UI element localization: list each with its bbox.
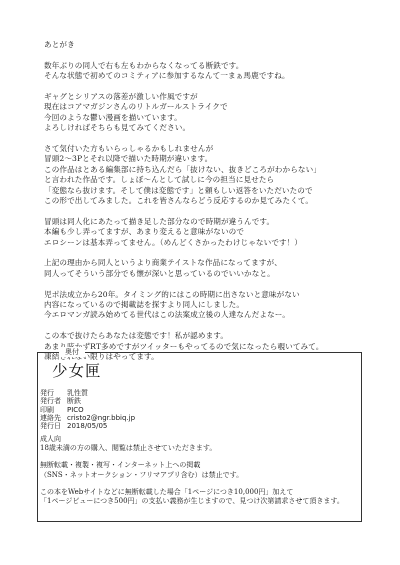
text-line: 無断転載・複製・複写・インターネット上への掲載	[40, 461, 358, 470]
text-line: 本編も少し弄ってますが、あまり変えると意味がないので	[44, 227, 364, 237]
info-key: 印刷	[40, 406, 67, 414]
text-line: と言われた作品です。しょぼ～んとして試しに今の担当に見せたら	[44, 175, 364, 185]
notice-penalty: この本をWebサイトなどに無断転載した場合「1ページにつき10,000円」加えて…	[40, 488, 358, 506]
colophon-box: 奥付 少女匣 発行 乳性質 発行者 断鉄 印刷 PICO 連絡先 cristo2…	[37, 352, 362, 522]
legal-notices: 成人向 18歳未満の方の購入、閲覧は禁止させていただきます。 無断転載・複製・複…	[40, 435, 358, 514]
text-line: 内容になっているので掲載誌を探すより同人にしました。	[44, 300, 364, 310]
text-line: あまり呟かずRT多めですがツイッターもやってるので気になったら覗いてみて。	[44, 342, 364, 352]
info-row-date: 発行日 2018/05/05	[40, 422, 135, 430]
text-line: 「変態なら抜けます。そして僕は変態です」と頼もしい返答をいただいたので	[44, 186, 364, 196]
text-line: この本をWebサイトなどに無断転載した場合「1ページにつき10,000円」加えて	[40, 488, 358, 497]
afterword-paragraph: 数年ぶりの同人で右も左もわからなくなってる断鉄です。 そんな状態で初めてのコミテ…	[44, 61, 364, 82]
afterword-paragraph: 上記の理由から同人というより商業テイストな作品になってますが、 同人ってそういう…	[44, 258, 364, 279]
text-line: 今回のような鬱い漫画を描いています。	[44, 113, 364, 123]
publish-date: 2018/05/05	[67, 422, 107, 430]
contact-email: cristo2@ngr.bbiq.jp	[67, 414, 135, 422]
info-value: PICO	[67, 406, 84, 414]
info-row-printer: 印刷 PICO	[40, 406, 135, 414]
info-key: 発行日	[40, 422, 67, 430]
afterword-paragraph: ギャグとシリアスの落差が激しい作風ですが 現在はコアマガジンさんのリトルガールス…	[44, 92, 364, 134]
text-line: 上記の理由から同人というより商業テイストな作品になってますが、	[44, 258, 364, 268]
text-line: よろしければそちらも見てみてください。	[44, 123, 364, 133]
info-row-author: 発行者 断鉄	[40, 397, 135, 405]
text-line: 「1ページビューにつき500円」の支払い義務が生じますので、見つけ次第請求させて…	[40, 497, 358, 506]
text-line: この形で出してみました。これを皆さんならどう反応するのか見てみたくて。	[44, 196, 364, 206]
text-line: さて気付いた方もいらっしゃるかもしれませんが	[44, 144, 364, 154]
info-value: 断鉄	[67, 397, 81, 405]
publication-info: 発行 乳性質 発行者 断鉄 印刷 PICO 連絡先 cristo2@ngr.bb…	[40, 389, 135, 430]
text-line: 同人ってそういう部分でも懐が深いと思っているのでいいかなと。	[44, 269, 364, 279]
afterword-paragraph: さて気付いた方もいらっしゃるかもしれませんが 冒頭2～3Pとそれ以降で描いた時期…	[44, 144, 364, 206]
text-line: ギャグとシリアスの落差が激しい作風ですが	[44, 92, 364, 102]
text-line: 今エロマンガ読み始めてる世代はこの法案成立後の人達なんだよなー。	[44, 310, 364, 320]
afterword-paragraph: 冒頭は同人化にあたって描き足した部分なので時期が違うんです。 本編も少し弄ってま…	[44, 217, 364, 248]
text-line: この本で抜けたらあなたは変態です！私が認めます。	[44, 331, 364, 341]
info-key: 発行者	[40, 397, 67, 405]
afterword-heading: あとがき	[44, 40, 364, 50]
notice-adult: 成人向 18歳未満の方の購入、閲覧は禁止させていただきます。	[40, 435, 358, 453]
info-key: 連絡先	[40, 414, 67, 422]
text-line: 現在はコアマガジンさんのリトルガールストライクで	[44, 102, 364, 112]
book-title: 少女匣	[52, 362, 102, 380]
text-line: 18歳未満の方の購入、閲覧は禁止させていただきます。	[40, 444, 358, 453]
text-line: 数年ぶりの同人で右も左もわからなくなってる断鉄です。	[44, 61, 364, 71]
text-line: 児ポ法成立から20年。タイミング的にはこの時期に出さないと意味がない	[44, 290, 364, 300]
colophon-label: 奥付	[59, 347, 85, 357]
text-line: 成人向	[40, 435, 358, 444]
text-line: （SNS・ネットオークション・フリマアプリ含む）は禁止です。	[40, 471, 358, 480]
text-line: エロシーンは基本弄ってません。（めんどくさかったわけじゃないです！）	[44, 238, 364, 248]
info-row-contact: 連絡先 cristo2@ngr.bbiq.jp	[40, 414, 135, 422]
afterword-paragraph: 児ポ法成立から20年。タイミング的にはこの時期に出さないと意味がない 内容になっ…	[44, 290, 364, 321]
notice-reproduction: 無断転載・複製・複写・インターネット上への掲載 （SNS・ネットオークション・フ…	[40, 461, 358, 479]
text-line: 冒頭は同人化にあたって描き足した部分なので時期が違うんです。	[44, 217, 364, 227]
text-line: そんな状態で初めてのコミティアに参加するなんて一まぁ馬鹿ですね。	[44, 71, 364, 81]
afterword: あとがき 数年ぶりの同人で右も左もわからなくなってる断鉄です。 そんな状態で初め…	[44, 40, 364, 373]
text-line: この作品はとある編集部に持ち込んだら「抜けない、抜きどころがわからない」	[44, 165, 364, 175]
text-line: 冒頭2～3Pとそれ以降で描いた時期が違います。	[44, 154, 364, 164]
